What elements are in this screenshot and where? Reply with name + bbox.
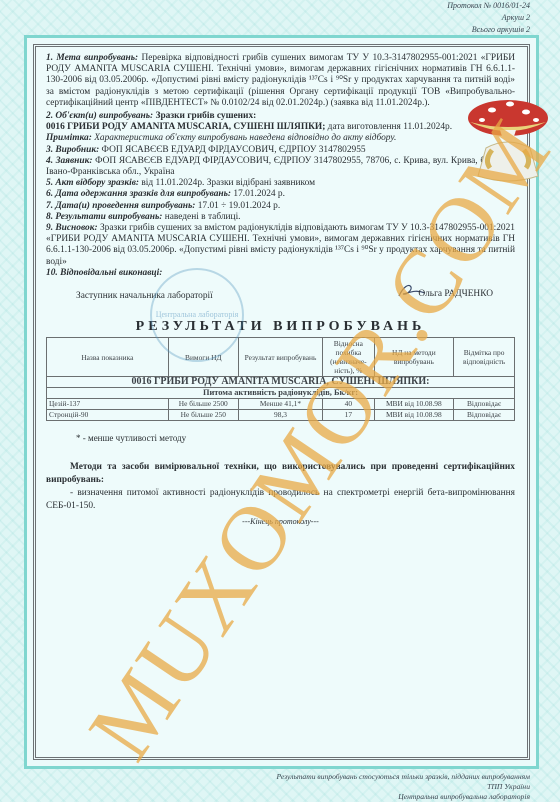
section-8: 8. Результати випробувань: наведені в та…: [46, 212, 515, 223]
column-header: Відмітка про відповідність: [454, 338, 515, 377]
methods-block: Методи та засоби вимірювальної техніки, …: [46, 461, 515, 513]
product-name: 0016 ГРИБИ РОДУ AMANITA MUSCARIA, СУШЕНІ…: [46, 122, 325, 132]
signature-block: Заступник начальника лабораторії Ольга Р…: [46, 287, 515, 315]
section-7: 7. Дата(и) проведення випробувань: 17.01…: [46, 201, 515, 212]
section-10: 10. Відповідальні виконавці:: [46, 268, 515, 279]
page-footer-note: Результати випробувань стосуються тільки…: [276, 772, 530, 802]
section-5: 5. Акт відбору зразків: від 11.01.2024р.…: [46, 178, 515, 189]
results-table: Назва показника Вимоги НД Результат випр…: [46, 337, 515, 421]
table-row: Цезій-137 Не більше 2500 Менше 41,1* 40 …: [47, 399, 515, 410]
column-header: Результат випробувань: [238, 338, 322, 377]
results-title: РЕЗУЛЬТАТИ ВИПРОБУВАНЬ: [46, 319, 515, 335]
mushroom-sage-icon: [462, 88, 554, 188]
protocol-number: Протокол № 0016/01-24: [447, 0, 530, 12]
column-header: НД на методи випробувань: [374, 338, 454, 377]
section-3: 3. Виробник: ФОП ЯСАВЄЄВ ЕДУАРД ФІРДАУСО…: [46, 145, 515, 156]
table-subsection-row: Питома активність радіонуклідів, Бк/кг:: [47, 388, 515, 399]
end-of-protocol: ---Кінець протоколу---: [46, 517, 515, 526]
methods-item: - визначення питомої активності радіонук…: [46, 487, 515, 513]
footnote: * - менше чутливості методу: [76, 433, 515, 443]
methods-heading: Методи та засоби вимірювальної техніки, …: [46, 461, 515, 487]
table-header-row: Назва показника Вимоги НД Результат випр…: [47, 338, 515, 377]
section-9: 9. Висновок: Зразки грибів сушених за вм…: [46, 223, 515, 268]
section-1: 1. Мета випробувань: Перевірка відповідн…: [46, 53, 515, 109]
section-6: 6. Дата одержання зразків для випробуван…: [46, 189, 515, 200]
section-2: 2. Об'єкт(и) випробувань: Зразки грибів …: [46, 111, 515, 145]
document-body: 1. Мета випробувань: Перевірка відповідн…: [33, 44, 530, 760]
page-header-note: Протокол № 0016/01-24 Аркуш 2 Всього арк…: [447, 0, 530, 36]
column-header: Відносна похибка (невизначе-ність), %: [323, 338, 374, 377]
signer-name: Ольга РАДЧЕНКО: [418, 289, 493, 299]
lab-stamp: Центральна лабораторія: [150, 268, 244, 362]
column-header: Назва показника: [47, 338, 169, 377]
table-row: Стронцій-90 Не більше 250 98,3 17 МВИ ві…: [47, 410, 515, 421]
section-4: 4. Заявник: ФОП ЯСАВЄЄВ ЕДУАРД ФІРДАУСОВ…: [46, 156, 515, 178]
sheet-number: Аркуш 2: [447, 12, 530, 24]
table-section-row: 0016 ГРИБИ РОДУ AMANITA MUSCARIA, СУШЕНІ…: [47, 377, 515, 388]
